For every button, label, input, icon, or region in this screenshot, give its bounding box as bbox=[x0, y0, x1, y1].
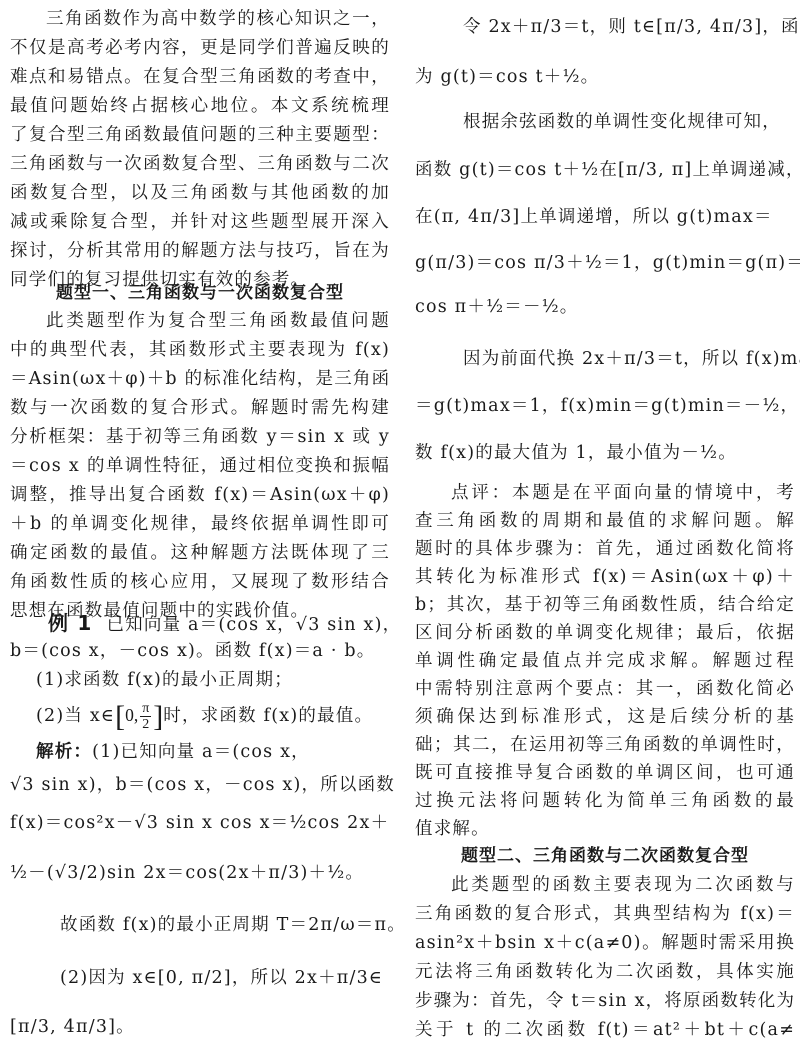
section2-line: 元法将三角函数转化为二次函数，具体实施 bbox=[415, 957, 795, 987]
solution-line: f(x)＝cos²x－√3 sin x cos x＝½cos 2x＋ bbox=[10, 808, 390, 838]
example-question-1: (1)求函数 f(x)的最小正周期； bbox=[10, 665, 390, 695]
solution-line: 在(π, 4π/3]上单调递增，所以 g(t)max＝ bbox=[415, 202, 795, 232]
section1-line: 数与一次函数的复合形式。解题时需先构建 bbox=[10, 393, 390, 423]
comment-line: b；其次，基于初等三角函数性质，结合给定 bbox=[415, 590, 795, 620]
solution-label: 解析： bbox=[36, 742, 92, 762]
section2-line: 关于 t 的二次函数 f(t)＝at²＋bt＋c(a≠ bbox=[415, 1015, 795, 1045]
comment-line: 既可直接推导复合函数的单调区间，也可通 bbox=[415, 758, 795, 788]
comment-line: 查三角函数的周期和最值的求解问题。解 bbox=[415, 506, 795, 536]
intro-line: 减或乘除复合型，并针对这些题型展开深入 bbox=[10, 207, 390, 237]
comment-line: 点评：本题是在平面向量的情境中，考 bbox=[415, 478, 795, 508]
section1-line: 分析框架：基于初等三角函数 y＝sin x 或 y bbox=[10, 422, 390, 452]
example-label: 例 1 bbox=[48, 611, 92, 635]
comment-line: 中需特别注意两个要点：其一，函数化简必 bbox=[415, 674, 795, 704]
solution-line: cos π＋½＝－½。 bbox=[415, 292, 795, 322]
section1-line: ＋b 的单调变化规律，最终依据单调性即可 bbox=[10, 509, 390, 539]
solution-line: 根据余弦函数的单调性变化规律可知， bbox=[415, 107, 795, 137]
section1-line: 角函数性质的核心应用，又展现了数形结合 bbox=[10, 567, 390, 597]
section1-line: 调整，推导出复合函数 f(x)＝Asin(ωx＋φ) bbox=[10, 480, 390, 510]
section1-line: 此类题型作为复合型三角函数最值问题 bbox=[10, 306, 390, 336]
section1-line: 中的典型代表，其函数形式主要表现为 f(x) bbox=[10, 335, 390, 365]
section-heading-2: 题型二、三角函数与二次函数复合型 bbox=[415, 841, 795, 871]
intro-line: 三角函数与一次函数复合型、三角函数与二次 bbox=[10, 149, 390, 179]
section1-line: ＝cos x 的单调性特征，通过相位变换和振幅 bbox=[10, 451, 390, 481]
section2-line: 三角函数的复合形式，其典型结构为 f(x)＝ bbox=[415, 899, 795, 929]
intro-line: 最值问题始终占据核心地位。本文系统梳理 bbox=[10, 91, 390, 121]
solution-line: 解析：(1)已知向量 a＝(cos x， bbox=[10, 737, 390, 767]
solution-line: ＝g(t)max＝1，f(x)min＝g(t)min＝－½，即函 bbox=[415, 391, 795, 421]
solution-line: 令 2x＋π/3＝t，则 t∈[π/3, 4π/3]，函数变 bbox=[415, 12, 795, 42]
section2-line: 此类题型的函数主要表现为二次函数与 bbox=[415, 870, 795, 900]
comment-line: 其转化为标准形式 f(x)＝Asin(ωx＋φ)＋ bbox=[415, 562, 795, 592]
comment-line: 单调性确定最值点并完成求解。解题过程 bbox=[415, 646, 795, 676]
interval: [0,π2] bbox=[115, 705, 163, 725]
comment-line: 过换元法将问题转化为简单三角函数的最 bbox=[415, 786, 795, 816]
solution-line: g(π/3)＝cos π/3＋½＝1，g(t)min＝g(π)＝ bbox=[415, 248, 795, 278]
section1-line: ＝Asin(ωx＋φ)＋b 的标准化结构，是三角函 bbox=[10, 364, 390, 394]
section2-line: 步骤为：首先，令 t＝sin x，将原函数转化为 bbox=[415, 986, 795, 1016]
section1-line: 确定函数的最值。这种解题方法既体现了三 bbox=[10, 538, 390, 568]
solution-line: ½－(√3/2)sin 2x＝cos(2x＋π/3)＋½。 bbox=[10, 858, 390, 888]
section2-line: asin²x＋bsin x＋c(a≠0)。解题时需采用换 bbox=[415, 928, 795, 958]
example-stem-line1: 已知向量 a＝(cos x，√3 sin x)， bbox=[106, 615, 401, 635]
solution-line: 为 g(t)＝cos t＋½。 bbox=[415, 62, 795, 92]
solution-line: 函数 g(t)＝cos t＋½在[π/3, π]上单调递减， bbox=[415, 155, 795, 185]
comment-line: 值求解。 bbox=[415, 814, 795, 844]
section-heading-1: 题型一、三角函数与一次函数复合型 bbox=[10, 278, 390, 308]
intro-line: 函数复合型，以及三角函数与其他函数的加 bbox=[10, 178, 390, 208]
comment-line: 础；其二，在运用初等三角函数的单调性时， bbox=[415, 730, 795, 760]
intro-line: 了复合型三角函数最值问题的三种主要题型： bbox=[10, 120, 390, 150]
solution-line: [π/3, 4π/3]。 bbox=[10, 1012, 390, 1042]
intro-line: 三角函数作为高中数学的核心知识之一， bbox=[10, 4, 390, 34]
solution-line: 因为前面代换 2x＋π/3＝t，所以 f(x)max bbox=[415, 344, 795, 374]
comment-line: 题时的具体步骤为：首先，通过函数化简将 bbox=[415, 534, 795, 564]
intro-line: 不仅是高考必考内容，更是同学们普遍反映的 bbox=[10, 33, 390, 63]
intro-line: 探讨，分析其常用的解题方法与技巧，旨在为 bbox=[10, 236, 390, 266]
solution-line: √3 sin x)，b＝(cos x，－cos x)，所以函数 bbox=[10, 770, 390, 800]
example-question-2: (2)当 x∈[0,π2]时，求函数 f(x)的最值。 bbox=[10, 700, 390, 730]
example-1-stem: 例 1已知向量 a＝(cos x，√3 sin x)， bbox=[10, 608, 390, 638]
solution-line: 数 f(x)的最大值为 1，最小值为－½。 bbox=[415, 438, 795, 468]
intro-line: 难点和易错点。在复合型三角函数的考查中， bbox=[10, 62, 390, 92]
comment-line: 须确保达到标准形式，这是后续分析的基 bbox=[415, 702, 795, 732]
comment-line: 区间分析函数的单调变化规律；最后，依据 bbox=[415, 618, 795, 648]
example-stem-line2: b＝(cos x，－cos x)。函数 f(x)＝a · b。 bbox=[10, 636, 390, 666]
solution-line: (2)因为 x∈[0, π/2]，所以 2x＋π/3∈ bbox=[10, 963, 390, 993]
solution-line: 故函数 f(x)的最小正周期 T＝2π/ω＝π。 bbox=[10, 910, 390, 940]
